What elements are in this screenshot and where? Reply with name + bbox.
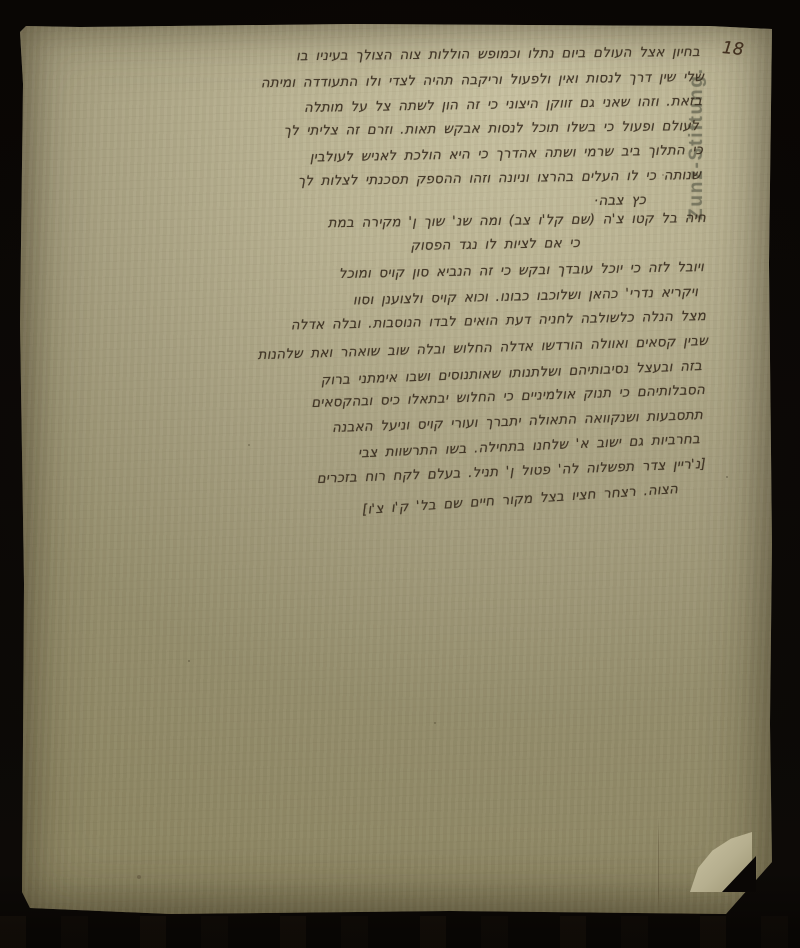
handwriting-paragraph-1: בחיון אצל העולם ביום נתלו וכמופש הוללות … <box>318 40 708 212</box>
paper-crease <box>658 816 659 912</box>
page-number: 18 <box>721 38 763 62</box>
manuscript-page: 18 Zunz-Stiftung. בחיון אצל העולם ביום נ… <box>20 24 772 914</box>
backdrop-bottom-streaks <box>0 916 800 948</box>
handwriting-paragraph-2: חיה בל קטו צ'ה (שם קל'ו צב) ומה שנ' שוך … <box>318 206 708 501</box>
manuscript-line: בחיון אצל העולם ביום נתלו וכמופש הוללות … <box>318 40 700 69</box>
manuscript-line: כי אם לציות לו נגד הפסוק <box>318 231 580 260</box>
